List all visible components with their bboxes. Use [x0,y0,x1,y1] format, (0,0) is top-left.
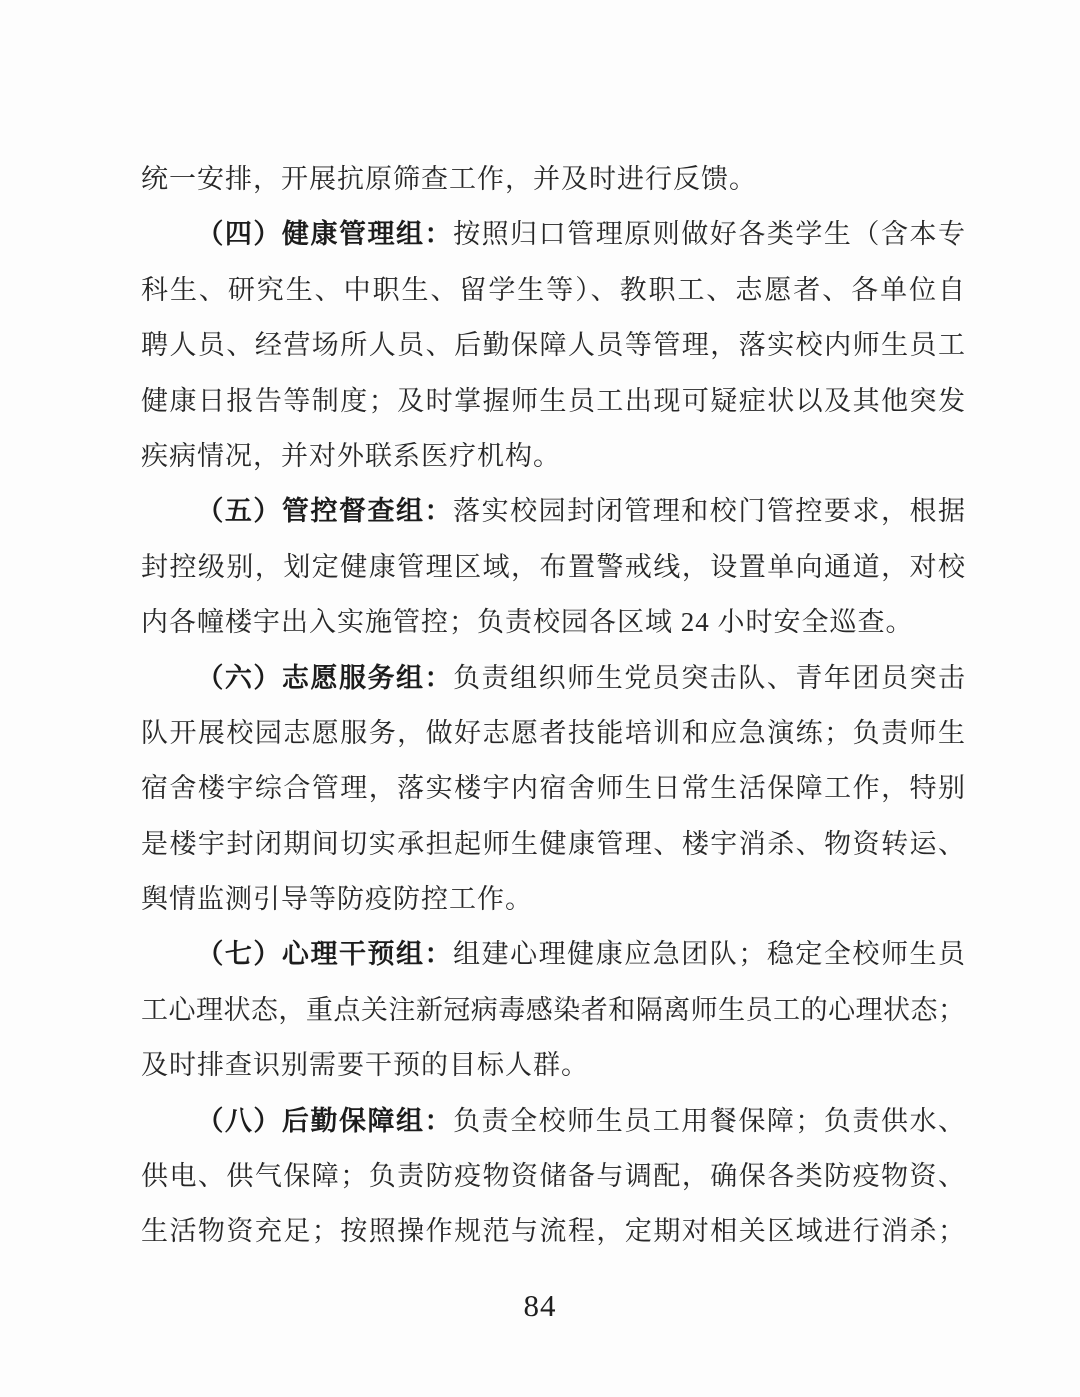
document-page: 统一安排，开展抗原筛查工作，并及时进行反馈。（四）健康管理组：按照归口管理原则做… [0,0,1080,1397]
text-line: （四）健康管理组：按照归口管理原则做好各类学生（含本专 [141,207,965,262]
text-line: 疾病情况，并对外联系医疗机构。 [141,429,965,484]
line-text: 封控级别，划定健康管理区域，布置警戒线，设置单向通道，对校 [141,552,965,582]
group-heading: （五）管控督查组： [196,496,453,526]
text-line: 队开展校园志愿服务，做好志愿者技能培训和应急演练；负责师生 [141,706,965,761]
text-line: 科生、研究生、中职生、留学生等）、教职工、志愿者、各单位自 [141,263,965,318]
line-text: 供电、供气保障；负责防疫物资储备与调配，确保各类防疫物资、 [141,1161,965,1191]
line-text: 统一安排，开展抗原筛查工作，并及时进行反馈。 [141,164,757,194]
text-line: 是楼宇封闭期间切实承担起师生健康管理、楼宇消杀、物资转运、 [141,817,965,872]
paragraph: （八）后勤保障组：负责全校师生员工用餐保障；负责供水、供电、供气保障；负责防疫物… [141,1094,965,1260]
text-line: 供电、供气保障；负责防疫物资储备与调配，确保各类防疫物资、 [141,1149,965,1204]
line-text: 舆情监测引导等防疫防控工作。 [141,884,533,914]
line-text: 聘人员、经营场所人员、后勤保障人员等管理，落实校内师生员工 [141,330,965,360]
line-text: 科生、研究生、中职生、留学生等）、教职工、志愿者、各单位自 [141,275,965,305]
text-line: 生活物资充足；按照操作规范与流程，定期对相关区域进行消杀； [141,1204,965,1259]
line-text: 健康日报告等制度；及时掌握师生员工出现可疑症状以及其他突发 [141,386,965,416]
text-line: （五）管控督查组：落实校园封闭管理和校门管控要求，根据 [141,484,965,539]
line-text: 组建心理健康应急团队；稳定全校师生员 [453,939,965,969]
line-text: 是楼宇封闭期间切实承担起师生健康管理、楼宇消杀、物资转运、 [141,829,965,859]
text-line: 及时排查识别需要干预的目标人群。 [141,1038,965,1093]
line-text: 队开展校园志愿服务，做好志愿者技能培训和应急演练；负责师生 [141,718,965,748]
paragraph: （五）管控督查组：落实校园封闭管理和校门管控要求，根据封控级别，划定健康管理区域… [141,484,965,650]
group-heading: （七）心理干预组： [196,939,453,969]
line-text: 内各幢楼宇出入实施管控；负责校园各区域 24 小时安全巡查。 [141,607,914,637]
line-text: 按照归口管理原则做好各类学生（含本专 [453,219,965,249]
text-line: 统一安排，开展抗原筛查工作，并及时进行反馈。 [141,152,965,207]
text-line: （六）志愿服务组：负责组织师生党员突击队、青年团员突击 [141,651,965,706]
text-line: 聘人员、经营场所人员、后勤保障人员等管理，落实校内师生员工 [141,318,965,373]
line-text: 落实校园封闭管理和校门管控要求，根据 [453,496,965,526]
text-line: 宿舍楼宇综合管理，落实楼宇内宿舍师生日常生活保障工作，特别 [141,761,965,816]
line-text: 宿舍楼宇综合管理，落实楼宇内宿舍师生日常生活保障工作，特别 [141,773,965,803]
group-heading: （六）志愿服务组： [196,663,453,693]
line-text: 疾病情况，并对外联系医疗机构。 [141,441,561,471]
paragraph: （七）心理干预组：组建心理健康应急团队；稳定全校师生员工心理状态，重点关注新冠病… [141,927,965,1093]
page-number: 84 [0,1286,1080,1326]
paragraph: （四）健康管理组：按照归口管理原则做好各类学生（含本专科生、研究生、中职生、留学… [141,207,965,484]
text-line: 内各幢楼宇出入实施管控；负责校园各区域 24 小时安全巡查。 [141,595,965,650]
line-text: 负责全校师生员工用餐保障；负责供水、 [453,1106,965,1136]
paragraph: （六）志愿服务组：负责组织师生党员突击队、青年团员突击队开展校园志愿服务，做好志… [141,651,965,928]
text-line: （七）心理干预组：组建心理健康应急团队；稳定全校师生员 [141,927,965,982]
text-line: （八）后勤保障组：负责全校师生员工用餐保障；负责供水、 [141,1094,965,1149]
group-heading: （四）健康管理组： [196,219,453,249]
text-line: 健康日报告等制度；及时掌握师生员工出现可疑症状以及其他突发 [141,374,965,429]
group-heading: （八）后勤保障组： [196,1106,453,1136]
text-line: 工心理状态，重点关注新冠病毒感染者和隔离师生员工的心理状态； [141,983,965,1038]
line-text: 生活物资充足；按照操作规范与流程，定期对相关区域进行消杀； [141,1216,965,1246]
paragraph: 统一安排，开展抗原筛查工作，并及时进行反馈。 [141,152,965,207]
text-line: 封控级别，划定健康管理区域，布置警戒线，设置单向通道，对校 [141,540,965,595]
text-line: 舆情监测引导等防疫防控工作。 [141,872,965,927]
document-body: 统一安排，开展抗原筛查工作，并及时进行反馈。（四）健康管理组：按照归口管理原则做… [141,152,965,1260]
line-text: 及时排查识别需要干预的目标人群。 [141,1050,589,1080]
line-text: 负责组织师生党员突击队、青年团员突击 [453,663,965,693]
line-text: 工心理状态，重点关注新冠病毒感染者和隔离师生员工的心理状态； [141,995,965,1025]
